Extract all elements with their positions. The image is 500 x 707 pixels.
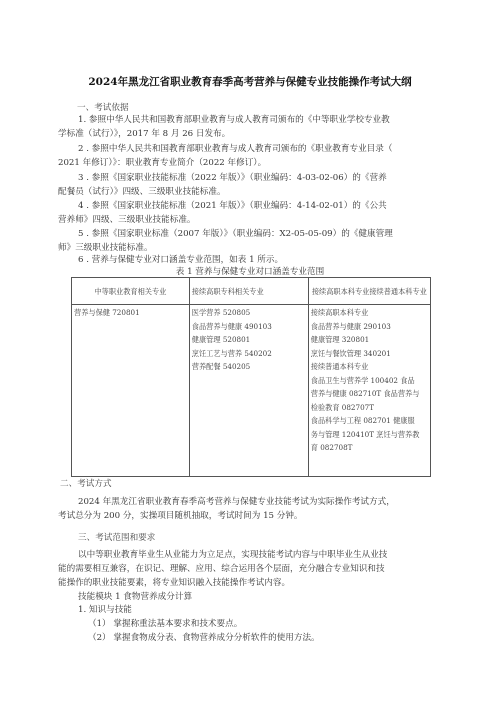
higher-vocational-major: 健康管理 520801 — [192, 333, 306, 347]
document-title: 2024年黑龙江省职业教育春季高考营养与保健专业技能操作考试大纲 — [0, 74, 500, 89]
section-heading-basis: 一、考试依据 — [77, 101, 129, 113]
undergraduate-line: 营养与健康 082710T 食品营养与 — [311, 387, 428, 401]
scope-para-line2: 能的需要相互兼容，在识记、理解、应用、综合运用各个层面，充分融合专业知识和技 — [58, 563, 385, 576]
undergraduate-line: 食品科学与工程 082701 健康服 — [311, 414, 428, 428]
undergraduate-line: 食品卫生与营养学 100402 食品 — [311, 374, 428, 388]
basis-item-4-line1: 4 . 参照《国家职业技能标准（2021 年版）》（职业编码：4-14-02-0… — [78, 200, 387, 213]
undergraduate-line: 育 082708T — [311, 441, 428, 455]
basis-item-1-line1: 1. 参照中华人民共和国教育部职业教育与成人教育司颁布的《中等职业学校专业教 — [78, 114, 390, 127]
method-line2: 考试总分为 200 分，实操项目随机抽取，考试时间为 15 分钟。 — [58, 510, 303, 523]
undergraduate-line: 接续普通本科专业 — [311, 360, 428, 374]
secondary-major: 营养与保健 720801 — [74, 306, 187, 320]
basis-item-3-line2: 配餐员（试行）》四级、三级职业技能标准。 — [58, 186, 226, 199]
knowledge-skills-heading: 1. 知识与技能 — [78, 604, 132, 617]
skill-point-1: （1） 掌握称重法基本要求和技术要点。 — [88, 618, 242, 631]
skill-module-title: 技能模块 1 食物营养成分计算 — [78, 591, 192, 604]
table-header-higher-vocational: 接续高职专科相关专业 — [189, 278, 308, 305]
table-row: 营养与保健 720801 医学营养 520805 食品营养与健康 490103 … — [72, 305, 431, 477]
undergraduate-line: 健康管理 320801 — [311, 333, 428, 347]
basis-item-5-line1: 5 . 参照《国家职业标准（2007 年版）》（职业编码：X2-05-05-09… — [78, 228, 393, 241]
table-header-secondary: 中等职业教育相关专业 — [72, 278, 190, 305]
section-heading-scope: 三、考试范围和要求 — [78, 531, 155, 543]
higher-vocational-major: 营养配餐 540205 — [192, 360, 306, 374]
table-header-row: 中等职业教育相关专业 接续高职专科相关专业 接续高职本科专业接续普通本科专业 — [72, 278, 431, 305]
coverage-table: 中等职业教育相关专业 接续高职专科相关专业 接续高职本科专业接续普通本科专业 营… — [71, 277, 431, 477]
basis-item-2-line1: 2 . 参照中华人民共和国教育部职业教育与成人教育司颁布的《职业教育专业目录（ — [78, 143, 392, 156]
table-header-undergraduate: 接续高职本科专业接续普通本科专业 — [308, 278, 430, 305]
scope-para-line3: 能操作的职业技能要素，将专业知识融入技能操作考试内容。 — [58, 577, 290, 590]
basis-item-1-line2: 学标准（试行）》，2017 年 8 月 26 日发布。 — [58, 128, 230, 141]
undergraduate-line: 接续高职本科专业 — [311, 306, 428, 320]
scope-para-line1: 以中等职业教育毕业生从业能力为立足点，实现技能考试内容与中职毕业生从业技 — [78, 549, 387, 562]
basis-item-4-line2: 营养师》四级、三级职业技能标准。 — [58, 214, 196, 227]
basis-item-2-line2: 2021 年修订）》：职业教育专业简介（2022 年修订）。 — [58, 157, 266, 170]
higher-vocational-major: 医学营养 520805 — [192, 306, 306, 320]
higher-vocational-major: 食品营养与健康 490103 — [192, 320, 306, 334]
undergraduate-line: 食品营养与健康 290103 — [311, 320, 428, 334]
table-cell-secondary: 营养与保健 720801 — [72, 305, 190, 477]
undergraduate-line: 烹饪与餐饮管理 340201 — [311, 347, 428, 361]
basis-item-3-line1: 3 . 参照《国家职业技能标准（2022 年版）》（职业编码：4-03-02-0… — [78, 172, 387, 185]
higher-vocational-major: 烹饪工艺与营养 540202 — [192, 347, 306, 361]
undergraduate-line: 检验教育 082707T — [311, 401, 428, 415]
table-cell-higher-vocational: 医学营养 520805 食品营养与健康 490103 健康管理 520801 烹… — [189, 305, 308, 477]
table-cell-undergraduate: 接续高职本科专业 食品营养与健康 290103 健康管理 320801 烹饪与餐… — [308, 305, 430, 477]
method-line1: 2024 年黑龙江省职业教育春季高考营养与保健专业技能考试为实际操作考试方式， — [78, 496, 395, 509]
skill-point-2: （2） 掌握食物成分表、食物营养成分分析软件的使用方法。 — [88, 632, 320, 645]
section-heading-method: 二、考试方式 — [60, 477, 112, 489]
undergraduate-line: 务与管理 120410T 烹饪与营养教 — [311, 428, 428, 442]
